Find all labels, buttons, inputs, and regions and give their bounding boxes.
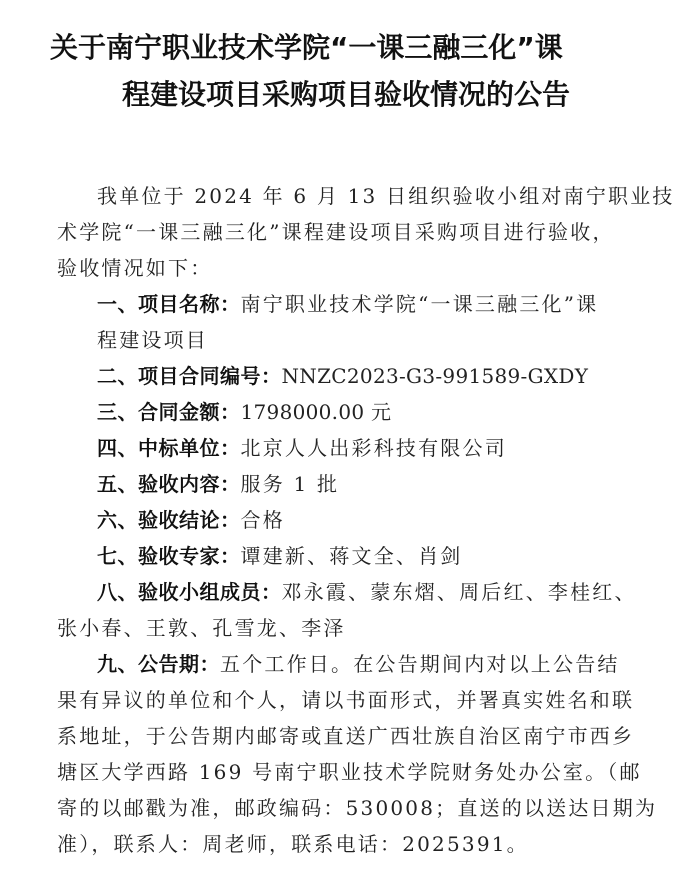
item-acceptance-conclusion: 六、验收结论：合格 <box>97 508 285 532</box>
item-value: 合格 <box>241 508 285 532</box>
intro-line-1: 我单位于 2024 年 6 月 13 日组织验收小组对南宁职业技 <box>97 184 675 208</box>
item-value: 1798000.00 元 <box>241 400 392 424</box>
item-value: 五个工作日。在公告期间内对以上公告结 <box>220 652 620 676</box>
item-label: 七、验收专家： <box>97 544 241 568</box>
item-label: 六、验收结论： <box>97 508 241 532</box>
notice-line-1: 果有异议的单位和个人，请以书面形式，并署真实姓名和联 <box>57 688 634 712</box>
item-contract-amount: 三、合同金额：1798000.00 元 <box>97 400 391 424</box>
item-notice-period: 九、公告期：五个工作日。在公告期间内对以上公告结 <box>97 652 620 676</box>
intro-line-3: 验收情况如下： <box>57 256 212 280</box>
item-value: 服务 1 批 <box>241 472 340 496</box>
item-value: NNZC2023-G3-991589-GXDY <box>282 364 589 388</box>
item-value: 谭建新、蒋文全、肖剑 <box>241 544 463 568</box>
item-label: 八、验收小组成员： <box>97 580 282 604</box>
item-team-members-cont: 张小春、王敦、孔雪龙、李泽 <box>57 616 346 640</box>
item-project-name-cont: 程建设项目 <box>97 328 208 352</box>
notice-line-2: 系地址，于公告期内邮寄或直送广西壮族自治区南宁市西乡 <box>57 724 634 748</box>
item-contract-number: 二、项目合同编号：NNZC2023-G3-991589-GXDY <box>97 364 588 388</box>
item-value: 邓永霞、蒙东熠、周后红、李桂红、 <box>282 580 637 604</box>
item-label: 三、合同金额： <box>97 400 241 424</box>
item-acceptance-experts: 七、验收专家：谭建新、蒋文全、肖剑 <box>97 544 463 568</box>
item-value: 北京人人出彩科技有限公司 <box>241 436 507 460</box>
item-label: 一、项目名称： <box>97 292 241 316</box>
document-title-line-1: 关于南宁职业技术学院“一课三融三化”课 <box>50 25 650 71</box>
item-team-members: 八、验收小组成员：邓永霞、蒙东熠、周后红、李桂红、 <box>97 580 637 604</box>
item-label: 五、验收内容： <box>97 472 241 496</box>
notice-line-4: 寄的以邮戳为准，邮政编码：530008；直送的以送达日期为 <box>57 796 657 820</box>
item-label: 九、公告期： <box>97 652 220 676</box>
item-acceptance-content: 五、验收内容：服务 1 批 <box>97 472 339 496</box>
item-project-name: 一、项目名称：南宁职业技术学院“一课三融三化”课 <box>97 292 598 316</box>
intro-line-2: 术学院“一课三融三化”课程建设项目采购项目进行验收， <box>57 220 615 244</box>
item-label: 二、项目合同编号： <box>97 364 282 388</box>
notice-line-3: 塘区大学西路 169 号南宁职业技术学院财务处办公室。（邮 <box>57 760 642 784</box>
item-label: 四、中标单位： <box>97 436 241 460</box>
item-winning-bidder: 四、中标单位：北京人人出彩科技有限公司 <box>97 436 507 460</box>
document-title-line-2: 程建设项目采购项目验收情况的公告 <box>0 72 692 118</box>
item-value: 南宁职业技术学院“一课三融三化”课 <box>241 292 599 316</box>
notice-line-5: 准），联系人：周老师，联系电话：2025391。 <box>57 832 529 856</box>
